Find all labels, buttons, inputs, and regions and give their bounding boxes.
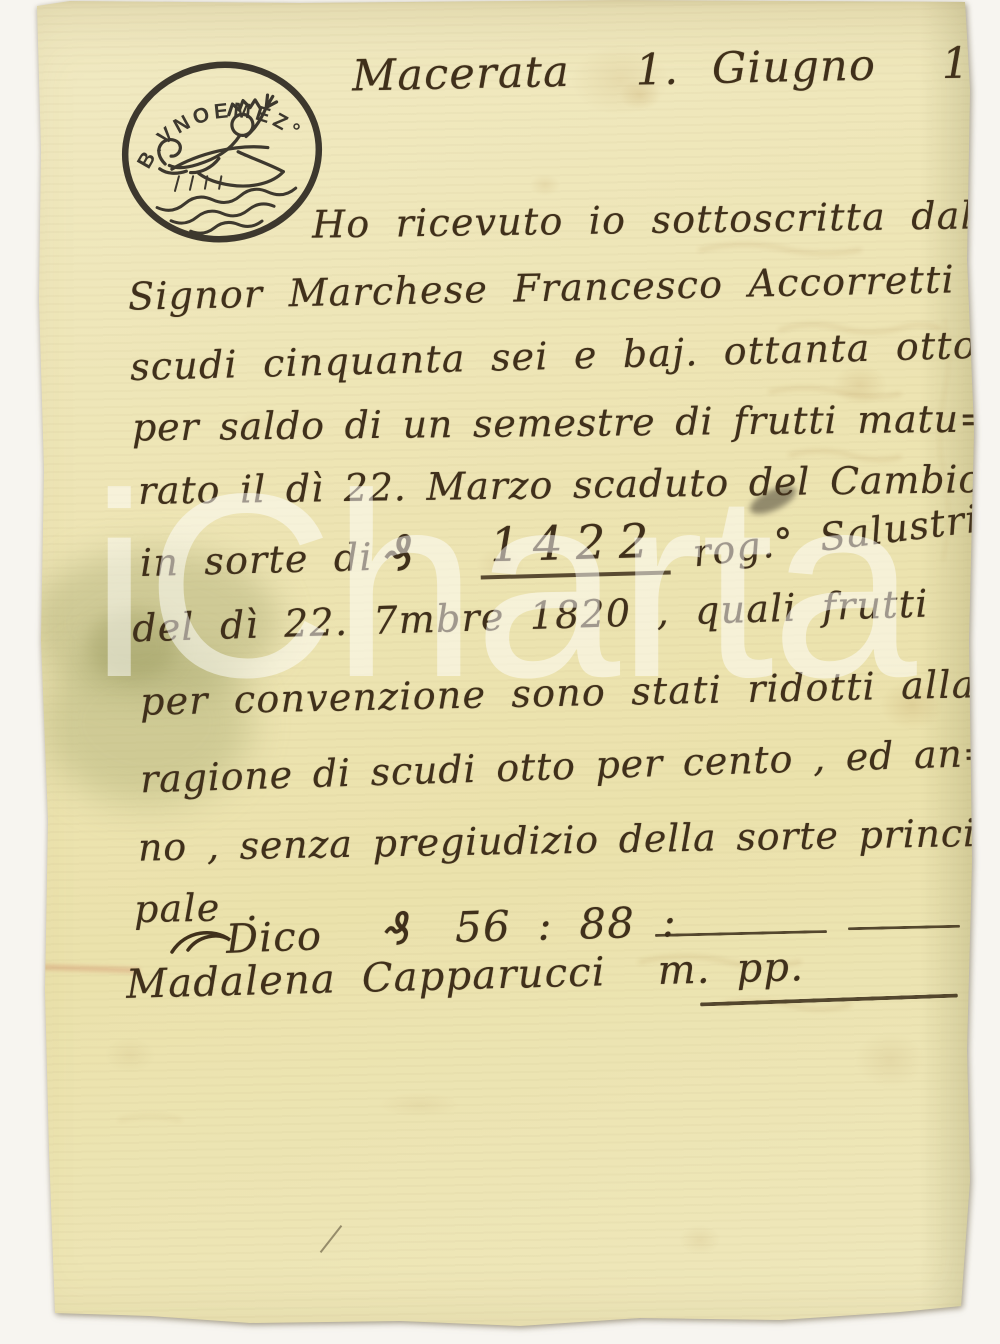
sum-prefix: in sorte di [139,537,373,585]
body-line: no , senza pregiudizio della sorte princ… [138,812,1000,869]
revenue-stamp: B.VNOEMEZ° [108,47,336,257]
dico-dash [655,930,827,937]
paper-sheet: B.VNOEMEZ° [0,0,1000,1344]
scudi-symbol: ₰ [382,527,417,582]
body-line: Ho ricevuto io sottoscritta dal [312,195,975,246]
scan-background: B.VNOEMEZ° [0,0,1000,1344]
dico-label: Dico [225,914,323,962]
body-line: rato il dì 22. Marzo scaduto del Cambio [138,459,983,513]
body-line: per convenzione sono stati ridotti alla [140,664,976,723]
body-line: per saldo di un semestre di frutti matu= [132,399,992,450]
dico-dash [848,925,960,931]
paper-scratch [320,1225,343,1253]
stamp-legend-text: B.VNOEMEZ° [126,88,310,175]
sum-suffix: rog.° Salustri [691,499,982,576]
body-line: ragione di scudi otto per cento , ed an= [140,733,996,802]
body-line: Signor Marchese Francesco Accorretti [128,259,956,318]
dateline: Macerata 1. Giugno 1823. [352,38,1000,100]
body-line: scudi cinquanta sei e baj. ottanta otto [130,325,978,389]
paper-shadow: B.VNOEMEZ° [0,0,1000,1344]
body-line: del dì 22. 7mbre 1820 , quali frutti [132,583,930,650]
signature-dash [700,993,958,1006]
scudi-symbol: ₰ [382,905,415,955]
dico-amount: 56 : 88 : [454,899,677,951]
red-streak [28,964,140,973]
sum-amount: 1422 [479,516,670,580]
